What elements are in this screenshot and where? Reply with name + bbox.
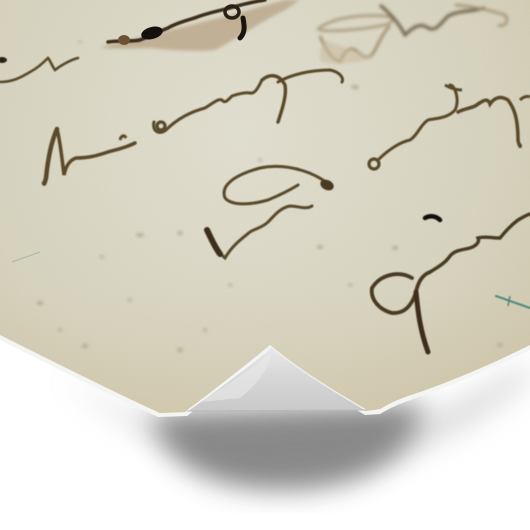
poster-scene — [0, 0, 530, 530]
poster-photo — [0, 0, 530, 530]
